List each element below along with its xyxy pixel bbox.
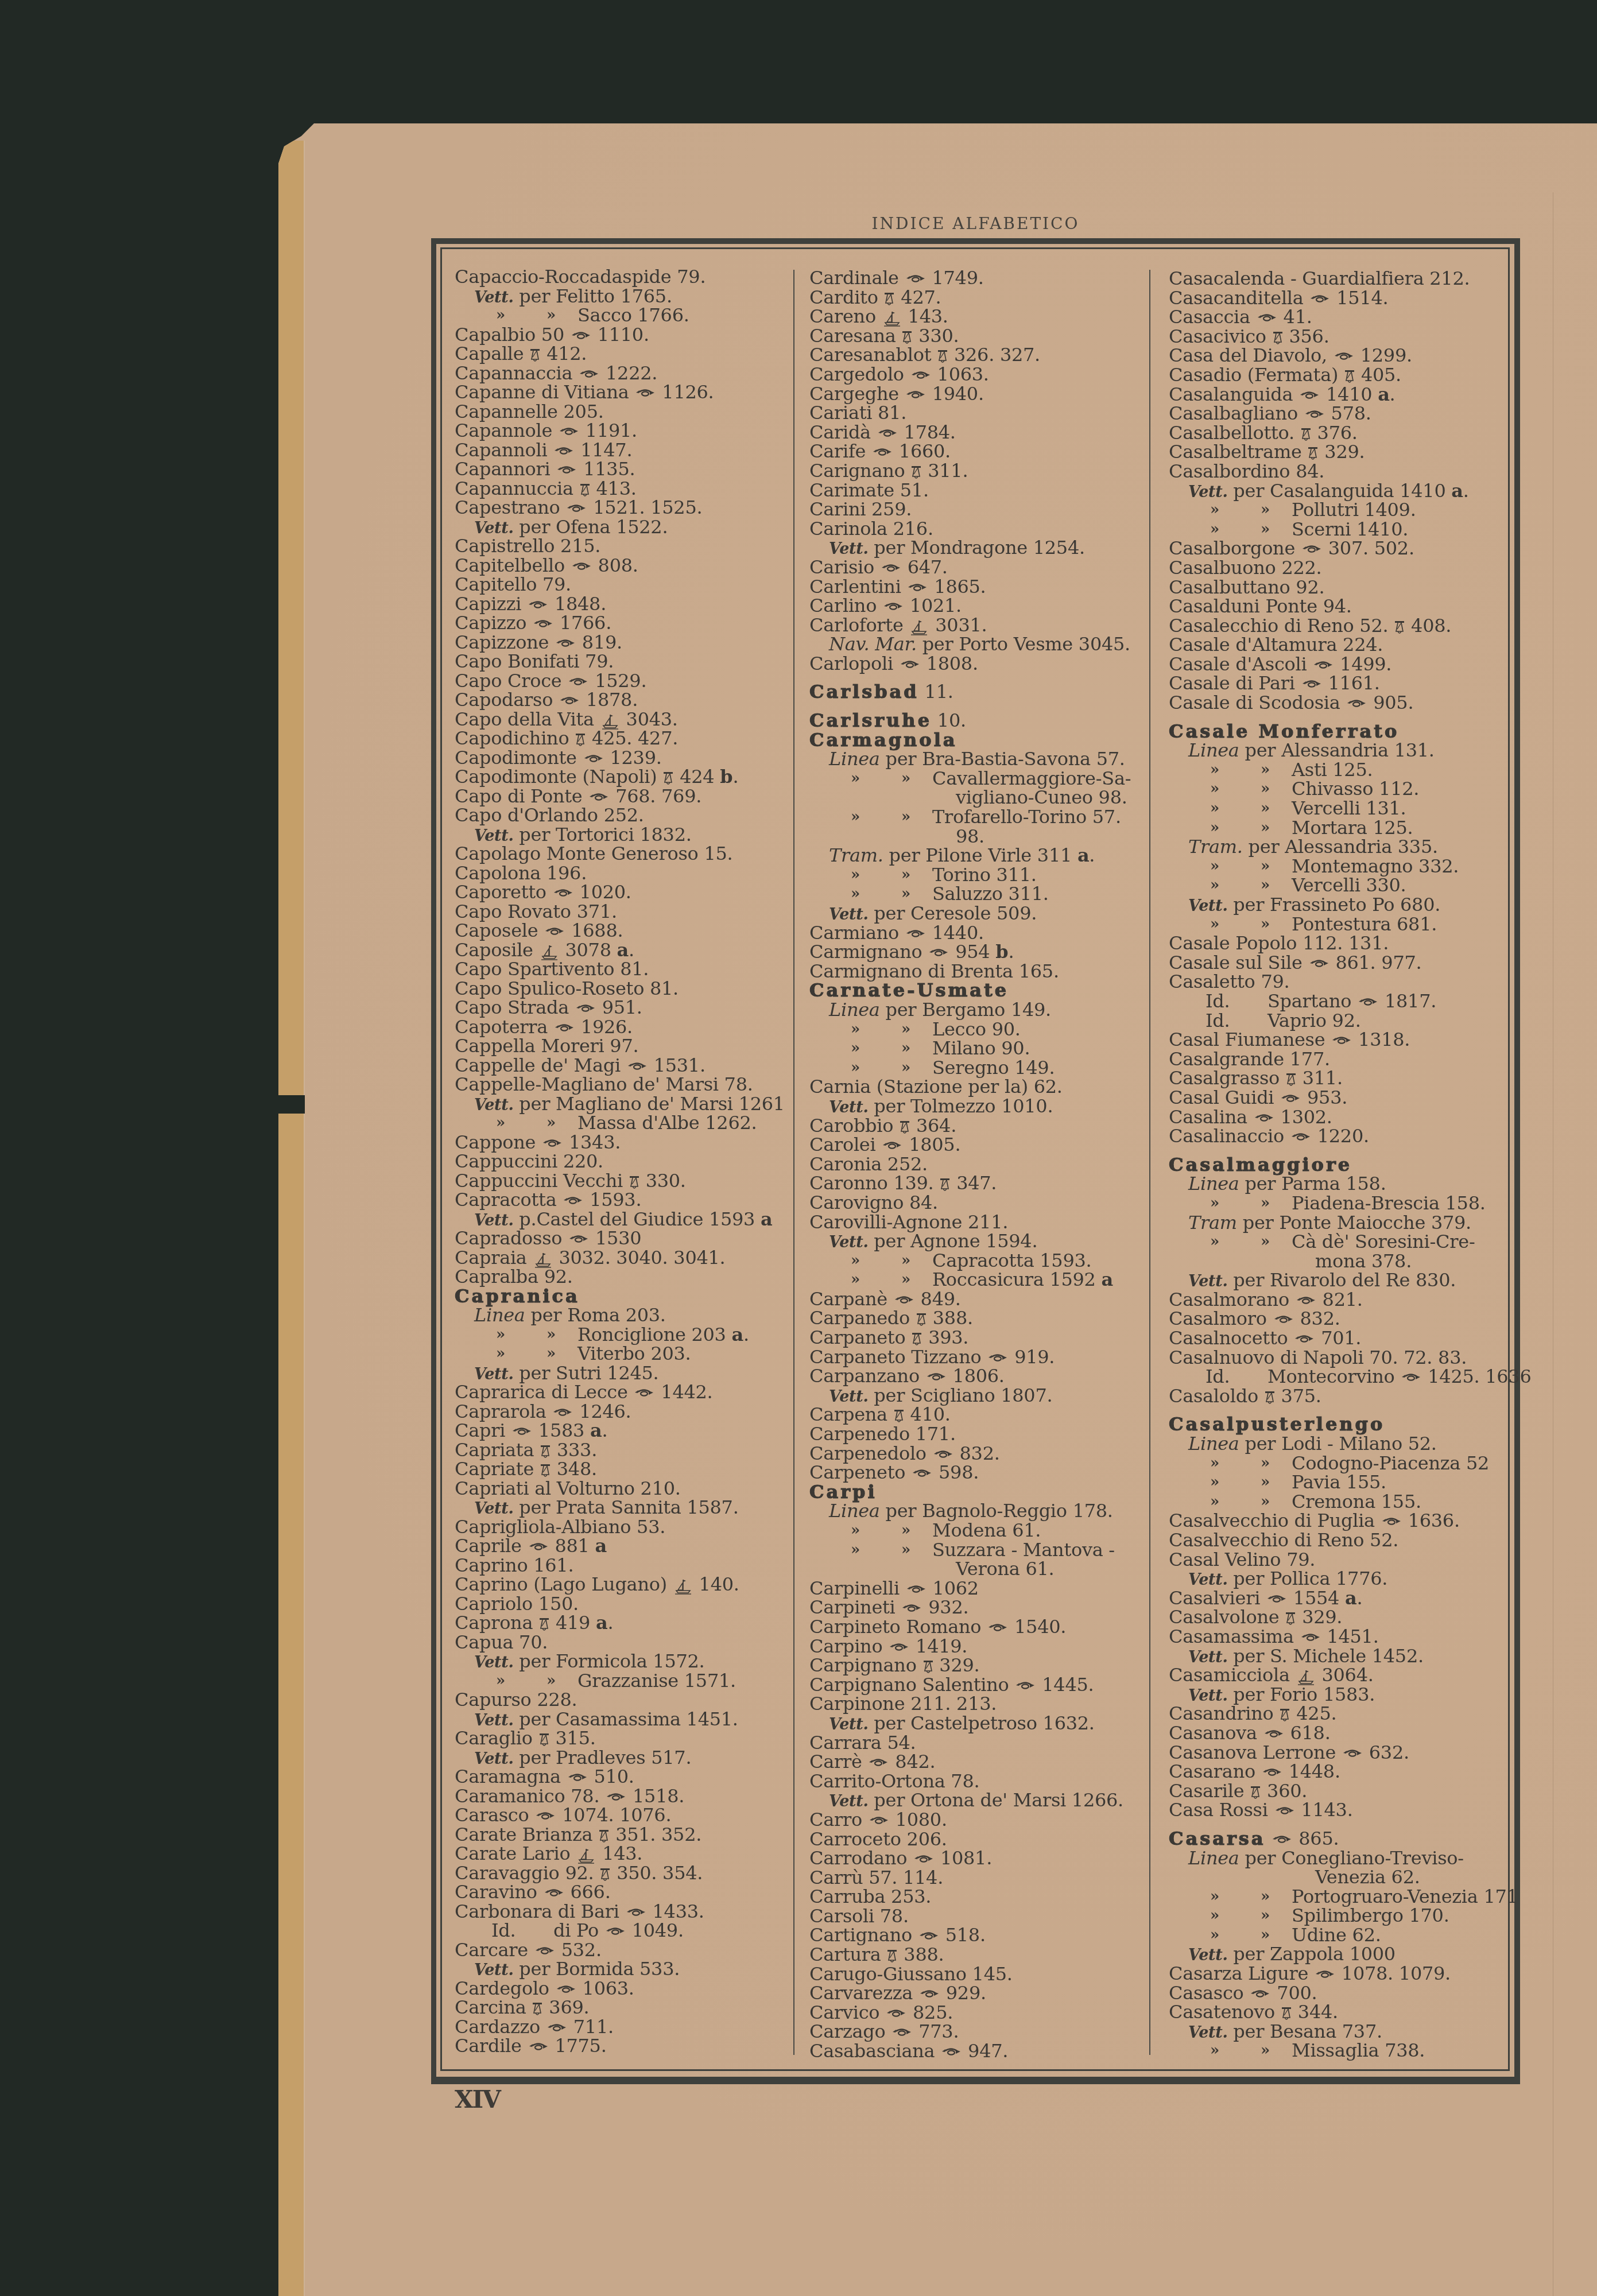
index-entry: Capitello 79.	[455, 575, 793, 595]
boat-icon	[1297, 1669, 1315, 1685]
index-entry: Capo Croce 1529.	[455, 672, 793, 691]
index-entry: Capo della Vita 3043.	[455, 710, 793, 730]
post-horn-icon	[579, 369, 599, 378]
ditto-mark: »	[1261, 1926, 1270, 1945]
vettura-label: Vett.	[474, 1712, 514, 1729]
index-ditto-entry: »»Seregno 149.	[809, 1058, 1148, 1078]
tramway-icon	[1286, 1073, 1296, 1088]
ditto-mark: »	[1261, 857, 1270, 876]
vettura-label: Vett.	[1188, 1687, 1228, 1705]
index-heading-entry: Casale Monferrato	[1169, 722, 1507, 742]
index-subentry: Vett. per Castelpetroso 1632.	[809, 1714, 1148, 1733]
index-entry: Carro 1080.	[809, 1810, 1148, 1830]
page-title: INDICE ALFABETICO	[431, 216, 1520, 232]
post-horn-icon	[606, 1792, 626, 1801]
index-entry: Capistrello 215.	[455, 537, 793, 556]
entry-text: Suzzara - Mantova -	[932, 1541, 1115, 1560]
index-entry: Casalgrande 177.	[1169, 1050, 1507, 1069]
vettura-label: Vett.	[474, 827, 514, 845]
suffix-letter: a	[1378, 383, 1389, 405]
index-ditto-entry: Id.Vaprio 92.	[1169, 1011, 1507, 1031]
index-entry: Capo Spulico-Roseto 81.	[455, 979, 793, 999]
post-horn-icon	[1334, 351, 1354, 360]
index-entry: Carignano 311.	[809, 461, 1148, 481]
index-subentry: Nav. Mar. per Porto Vesme 3045.	[809, 635, 1148, 654]
index-ditto-entry: »»Grazzanise 1571.	[455, 1671, 793, 1691]
station-heading: Carnate-Usmate	[809, 979, 1009, 1001]
index-entry: Capannuccia 413.	[455, 479, 793, 499]
index-column-3: Casacalenda - Guardialfiera 212.Casacand…	[1169, 269, 1507, 2061]
boat-icon	[577, 1848, 595, 1864]
index-subentry: Vett. per Sutri 1245.	[455, 1364, 793, 1383]
suffix-letter: a	[596, 1612, 607, 1634]
entry-text: Sacco 1766.	[577, 306, 689, 325]
index-subentry: Linea per Alessandria 131.	[1169, 741, 1507, 761]
index-subentry: Linea per Parma 158.	[1169, 1174, 1507, 1194]
post-horn-icon	[900, 660, 920, 669]
suffix-letter: a	[732, 1324, 743, 1345]
index-ditto-entry: »»Sacco 1766.	[455, 306, 793, 325]
ditto-mark: »	[1261, 799, 1270, 819]
post-horn-icon	[1264, 1729, 1284, 1738]
index-entry: Carrè 842.	[809, 1752, 1148, 1772]
entry-text: Udine 62.	[1292, 1926, 1381, 1945]
tramway-icon	[894, 1409, 904, 1424]
post-horn-icon	[529, 1542, 548, 1551]
entry-text: Portogruaro-Venezia 171	[1292, 1887, 1518, 1907]
post-horn-icon	[883, 602, 903, 611]
index-subentry: Linea per Lodi - Milano 52.	[1169, 1434, 1507, 1454]
post-horn-icon	[1296, 1296, 1316, 1305]
index-entry: Cappelle-Magliano de' Marsi 78.	[455, 1075, 793, 1095]
entry-text: Trofarello-Torino 57.	[932, 808, 1121, 827]
index-entry: Capannelle 205.	[455, 402, 793, 422]
entry-text: Cremona 155.	[1292, 1492, 1421, 1512]
index-heading-entry: Casalmaggiore	[1169, 1155, 1507, 1175]
index-entry: Capolona 196.	[455, 864, 793, 883]
vettura-label: Vett.	[474, 1500, 514, 1518]
post-horn-icon	[927, 1372, 946, 1381]
post-horn-icon	[556, 638, 575, 647]
index-entry: Capizzone 819.	[455, 633, 793, 653]
paper-edge	[278, 141, 305, 2296]
station-heading: Carpi	[809, 1481, 877, 1503]
index-entry: Carruba 253.	[809, 1887, 1148, 1907]
index-entry: Cartura 388.	[809, 1945, 1148, 1965]
post-horn-icon	[512, 1426, 532, 1436]
index-subentry: Vett. per Frassineto Po 680.	[1169, 895, 1507, 915]
index-entry: Capaccio-Roccadaspide 79.	[455, 267, 793, 287]
post-horn-icon	[869, 1758, 888, 1767]
vettura-label: Vett.	[1188, 897, 1228, 915]
service-type-label: Linea	[829, 1500, 880, 1522]
entry-text: Vercelli 131.	[1292, 799, 1406, 819]
index-ditto-entry: »»Roccasicura 1592 a	[809, 1270, 1148, 1290]
index-entry: Carpignano Salentino 1445.	[809, 1676, 1148, 1695]
index-subentry: Tram per Ponte Maiocche 379.	[1169, 1213, 1507, 1233]
post-horn-icon	[1302, 679, 1321, 688]
post-horn-icon	[1015, 1681, 1035, 1690]
entry-text: Scerni 1410.	[1292, 520, 1408, 540]
ditto-mark: »	[851, 1039, 860, 1058]
index-entry: Capo Rovato 371.	[455, 902, 793, 922]
index-subentry: Vett. per Mondragone 1254.	[809, 538, 1148, 558]
index-ditto-entry: »»Montemagno 332.	[1169, 857, 1507, 876]
post-horn-icon	[1281, 1093, 1300, 1103]
ditto-mark: »	[496, 1325, 505, 1345]
vettura-label: Vett.	[829, 1099, 869, 1116]
index-subentry: Vett. per Formicola 1572.	[455, 1652, 793, 1671]
ditto-mark: »	[1261, 1194, 1270, 1213]
post-horn-icon	[544, 1888, 564, 1897]
post-horn-icon	[536, 1811, 555, 1820]
index-entry: Capannole 1191.	[455, 421, 793, 441]
index-entry: Carugo-Giussano 145.	[809, 1965, 1148, 1984]
index-entry: Casalanguida 1410 a.	[1169, 385, 1507, 405]
index-entry: Casal Velino 79.	[1169, 1550, 1507, 1570]
index-entry: Carpaneto Tizzano 919.	[809, 1348, 1148, 1367]
post-horn-icon	[912, 1468, 932, 1477]
entry-text: di Po 1049.	[553, 1921, 684, 1941]
index-subentry: Linea per Bergamo 149.	[809, 1000, 1148, 1020]
entry-text: Saluzzo 311.	[932, 885, 1049, 904]
suffix-letter: a	[595, 1535, 606, 1557]
index-entry: Cappone 1343.	[455, 1133, 793, 1153]
entry-text: Spartano 1817.	[1267, 992, 1436, 1011]
tramway-icon	[539, 1733, 549, 1748]
index-ditto-entry: »»Modena 61.	[809, 1521, 1148, 1541]
index-subentry: Linea per Roma 203.	[455, 1306, 793, 1325]
ditto-mark: »	[1210, 857, 1219, 876]
service-type-label: Tram.	[1188, 836, 1243, 858]
ditto-mark: »	[901, 885, 910, 904]
post-horn-icon	[902, 1603, 921, 1612]
ditto-mark: »	[1210, 1887, 1219, 1907]
post-horn-icon	[929, 948, 948, 957]
post-horn-icon	[920, 1989, 939, 1998]
index-entry: Carpino 1419.	[809, 1637, 1148, 1657]
vettura-label: Vett.	[829, 540, 869, 558]
index-heading-entry: Carlsruhe 10.	[809, 711, 1148, 731]
ditto-mark: »	[496, 1344, 505, 1364]
entry-text: Roccasicura 1592 a	[932, 1270, 1113, 1290]
ditto-mark: »	[1210, 2041, 1219, 2061]
index-entry: Casandrino 425.	[1169, 1704, 1507, 1724]
index-entry: Carimate 51.	[809, 481, 1148, 501]
post-horn-icon	[584, 754, 603, 763]
vettura-label: Vett.	[474, 1654, 514, 1671]
index-entry: Caprigliola-Albiano 53.	[455, 1518, 793, 1537]
entry-text: Pavia 155.	[1292, 1473, 1386, 1492]
post-horn-icon	[988, 1353, 1007, 1362]
post-horn-icon	[881, 563, 901, 572]
index-entry: Caravaggio 92. 350. 354.	[455, 1864, 793, 1883]
ditto-mark: »	[1261, 1232, 1270, 1252]
suffix-letter: b	[995, 941, 1008, 963]
index-entry: Carlopoli 1808.	[809, 654, 1148, 674]
suffix-letter: a	[1077, 844, 1089, 866]
station-heading: Casalpusterlengo	[1169, 1413, 1385, 1435]
ditto-mark: »	[851, 1020, 860, 1040]
index-ditto-entry: Id.di Po 1049.	[455, 1921, 793, 1941]
index-entry: Casalnocetto 701.	[1169, 1329, 1507, 1348]
index-entry: Cardazzo 711.	[455, 2018, 793, 2037]
index-entry: Capannaccia 1222.	[455, 364, 793, 383]
index-entry: Capo Spartivento 81.	[455, 960, 793, 979]
index-subentry: Vett. per Casamassima 1451.	[455, 1710, 793, 1729]
index-subentry: Vett. per Felitto 1765.	[455, 287, 793, 307]
ditto-mark: »	[1261, 2041, 1270, 2061]
index-ditto-entry: »»Milano 90.	[809, 1039, 1148, 1058]
entry-text: Massa d'Albe 1262.	[577, 1114, 757, 1133]
idem-mark: Id.	[1205, 1367, 1230, 1387]
post-horn-icon	[555, 1023, 574, 1032]
ditto-mark: »	[1261, 761, 1270, 780]
index-ditto-entry: »»Pollutri 1409.	[1169, 501, 1507, 520]
entry-text: Missaglia 738.	[1292, 2041, 1425, 2061]
ditto-mark: »	[1210, 1492, 1219, 1512]
post-horn-icon	[1262, 1767, 1282, 1777]
index-entry: Carvico 825.	[809, 2003, 1148, 2023]
post-horn-icon	[1294, 1334, 1314, 1343]
index-ditto-entry: »»Mortara 125.	[1169, 819, 1507, 838]
ditto-mark: »	[1210, 520, 1219, 540]
tramway-icon	[1265, 1391, 1275, 1406]
vettura-label: Vett.	[1188, 2024, 1228, 2042]
index-ditto-entry: »»Ronciglione 203 a.	[455, 1325, 793, 1345]
index-entry: Carpinone 211. 213.	[809, 1694, 1148, 1714]
index-ditto-entry: »»Saluzzo 311.	[809, 885, 1148, 904]
post-horn-icon	[1291, 1132, 1311, 1141]
index-entry: Caronia 252.	[809, 1155, 1148, 1174]
index-column-2: Cardinale 1749.Cardito 427.Careno 143.Ca…	[809, 269, 1148, 2061]
index-entry: Carasco 1074. 1076.	[455, 1806, 793, 1825]
index-subentry: Vett. per Casalanguida 1410 a.	[1169, 482, 1507, 501]
post-horn-icon	[1305, 409, 1324, 418]
index-continuation: 98.	[809, 827, 1148, 847]
vettura-label: Vett.	[829, 1234, 869, 1251]
post-horn-icon	[560, 696, 579, 705]
post-horn-icon	[933, 1449, 953, 1459]
index-subentry: Vett. per Scigliano 1807.	[809, 1386, 1148, 1406]
index-entry: Carovilli-Agnone 211.	[809, 1213, 1148, 1232]
tramway-icon	[575, 733, 586, 748]
index-entry: Cappella Moreri 97.	[455, 1037, 793, 1056]
ditto-mark: »	[1210, 1926, 1219, 1945]
ditto-mark: »	[496, 306, 505, 325]
entry-text: Cavallermaggiore-Sa-	[932, 769, 1131, 789]
index-entry: Casale d'Ascoli 1499.	[1169, 655, 1507, 674]
index-ditto-entry: »»Torino 311.	[809, 866, 1148, 885]
entry-text: Spilimbergo 170.	[1292, 1906, 1449, 1926]
ditto-mark: »	[1210, 1194, 1219, 1213]
index-entry: Capriate 348.	[455, 1460, 793, 1479]
ditto-mark: »	[1261, 915, 1270, 934]
index-entry: Capradosso 1530	[455, 1229, 793, 1248]
index-entry: Cardito 427.	[809, 288, 1148, 308]
ditto-mark: »	[546, 306, 556, 325]
suffix-letter: a	[1345, 1587, 1356, 1609]
index-entry: Casalvecchio di Reno 52.	[1169, 1531, 1507, 1550]
post-horn-icon	[528, 600, 548, 609]
index-ditto-entry: »»Suzzara - Mantova -	[809, 1541, 1148, 1560]
index-entry: Careno 143.	[809, 307, 1148, 327]
index-subentry: Vett. per Ofena 1522.	[455, 518, 793, 537]
ditto-mark: »	[1210, 501, 1219, 520]
index-entry: Carsoli 78.	[809, 1907, 1148, 1926]
ditto-mark: »	[901, 769, 910, 789]
vettura-label: Vett.	[474, 1212, 514, 1230]
post-horn-icon	[1313, 660, 1333, 669]
index-entry: Caraglio 315.	[455, 1729, 793, 1748]
index-heading-entry: Carmagnola	[809, 731, 1148, 750]
entry-text: Montemagno 332.	[1292, 857, 1459, 876]
index-entry: Caramanico 78. 1518.	[455, 1787, 793, 1806]
post-horn-icon	[533, 619, 553, 628]
index-entry: Casalmoro 832.	[1169, 1309, 1507, 1329]
post-horn-icon	[908, 583, 927, 592]
index-entry: Carpineti 932.	[809, 1598, 1148, 1618]
index-ditto-entry: »»Missaglia 738.	[1169, 2041, 1507, 2061]
index-entry: Capo Strada 951.	[455, 998, 793, 1018]
tramway-icon	[1250, 1786, 1261, 1801]
vettura-label: Vett.	[829, 1388, 869, 1406]
index-entry: Casalvieri 1554 a.	[1169, 1589, 1507, 1608]
station-heading: Capranica	[455, 1285, 580, 1307]
index-entry: Casanova 618.	[1169, 1724, 1507, 1743]
index-ditto-entry: »»Asti 125.	[1169, 761, 1507, 780]
post-horn-icon	[1267, 1594, 1286, 1603]
idem-mark: Id.	[491, 1921, 515, 1941]
post-horn-icon	[554, 446, 573, 455]
index-entry: Carife 1660.	[809, 442, 1148, 461]
tramway-icon	[937, 350, 948, 364]
index-entry: Carrito-Ortona 78.	[809, 1772, 1148, 1791]
index-ditto-entry: »»Capracotta 1593.	[809, 1251, 1148, 1271]
vettura-label: Vett.	[474, 1366, 514, 1383]
index-entry: Carpanè 849.	[809, 1290, 1148, 1309]
index-entry: Casacanditella 1514.	[1169, 289, 1507, 308]
index-entry: Caresana 330.	[809, 327, 1148, 346]
index-entry: Capurso 228.	[455, 1690, 793, 1710]
index-entry: Capua 70.	[455, 1633, 793, 1653]
post-horn-icon	[627, 1061, 647, 1071]
index-ditto-entry: »»Lecco 90.	[809, 1020, 1148, 1040]
post-horn-icon	[1347, 699, 1366, 708]
index-entry: Capizzi 1848.	[455, 595, 793, 614]
entry-text: Torino 311.	[932, 866, 1037, 885]
ditto-mark: »	[1210, 1473, 1219, 1492]
vettura-label: Vett.	[1188, 1273, 1228, 1290]
index-ditto-entry: Id.Spartano 1817.	[1169, 992, 1507, 1011]
index-entry: Casaletto 79.	[1169, 972, 1507, 992]
index-entry: Cardinale 1749.	[809, 269, 1148, 288]
ditto-mark: »	[546, 1344, 556, 1364]
index-subentry: Vett. per Bormida 533.	[455, 1960, 793, 1979]
post-horn-icon	[919, 1931, 939, 1940]
index-entry: Carinola 216.	[809, 519, 1148, 539]
tramway-icon	[539, 1618, 549, 1632]
index-subentry: Vett. per Agnone 1594.	[809, 1232, 1148, 1251]
column-divider	[1149, 270, 1150, 2055]
index-ditto-entry: »»Vercelli 131.	[1169, 799, 1507, 819]
ditto-mark: »	[1261, 819, 1270, 838]
index-entry: Carrara 54.	[809, 1733, 1148, 1753]
service-type-label: Linea	[829, 999, 880, 1021]
vettura-label: Vett.	[829, 1716, 869, 1733]
index-entry: Casanova Lerrone 632.	[1169, 1743, 1507, 1763]
ditto-mark: »	[1261, 1492, 1270, 1512]
tramway-icon	[887, 1949, 897, 1964]
index-entry: Casalvecchio di Puglia 1636.	[1169, 1511, 1507, 1531]
station-heading: Casale Monferrato	[1169, 720, 1399, 742]
post-horn-icon	[606, 1926, 625, 1936]
tramway-icon	[1301, 428, 1311, 443]
index-entry: Casamicciola 3064.	[1169, 1666, 1507, 1685]
post-horn-icon	[988, 1623, 1007, 1632]
entry-text: Mortara 125.	[1292, 819, 1413, 838]
vettura-label: Vett.	[474, 289, 514, 307]
tramway-icon	[884, 292, 894, 307]
index-heading-entry: Casarsa 865.	[1169, 1829, 1507, 1849]
post-horn-icon	[556, 1984, 576, 1994]
post-horn-icon	[1332, 1035, 1351, 1045]
index-entry: Capralba 92.	[455, 1267, 793, 1287]
index-entry: Carpignano 329.	[809, 1656, 1148, 1676]
ditto-mark: »	[851, 1541, 860, 1560]
ditto-mark: »	[851, 885, 860, 904]
index-entry: Carroceto 206.	[809, 1830, 1148, 1849]
index-entry: Casa Rossi 1143.	[1169, 1801, 1507, 1820]
index-ditto-entry: »»Spilimbergo 170.	[1169, 1906, 1507, 1926]
index-continuation: Verona 61.	[809, 1560, 1148, 1579]
post-horn-icon	[1272, 1835, 1292, 1844]
index-entry: Casalinaccio 1220.	[1169, 1127, 1507, 1146]
index-entry: Casalina 1302.	[1169, 1108, 1507, 1127]
index-entry: Cartignano 518.	[809, 1926, 1148, 1945]
index-entry: Capestrano 1521. 1525.	[455, 498, 793, 518]
index-entry: Casadio (Fermata) 405.	[1169, 366, 1507, 385]
tramway-icon	[1308, 447, 1318, 461]
index-entry: Capo d'Orlando 252.	[455, 806, 793, 825]
index-entry: Casatenovo 344.	[1169, 2003, 1507, 2022]
ditto-mark: »	[546, 1114, 556, 1133]
ditto-mark: »	[1210, 761, 1219, 780]
ditto-mark: »	[496, 1114, 505, 1133]
post-horn-icon	[873, 447, 892, 456]
station-heading: Carmagnola	[809, 729, 958, 751]
ditto-mark: »	[1210, 779, 1219, 799]
index-entry: Capraia 3032. 3040. 3041.	[455, 1248, 793, 1268]
vettura-label: Vett.	[1188, 1946, 1228, 1964]
index-entry: Casalbeltrame 329.	[1169, 443, 1507, 462]
tramway-icon	[1280, 1708, 1290, 1723]
index-entry: Capodichino 425. 427.	[455, 729, 793, 748]
tramway-icon	[900, 1120, 910, 1135]
ditto-mark: »	[901, 1039, 910, 1058]
index-entry: Carmignano di Brenta 165.	[809, 962, 1148, 982]
index-entry: Casalborgone 307. 502.	[1169, 539, 1507, 559]
page-number: XIV	[455, 2088, 500, 2112]
post-horn-icon	[886, 2008, 906, 2018]
index-entry: Casalbagliano 578.	[1169, 404, 1507, 424]
index-entry: Carmiano 1440.	[809, 924, 1148, 943]
index-entry: Carnia (Stazione per la) 62.	[809, 1077, 1148, 1097]
post-horn-icon	[529, 2042, 548, 2051]
index-entry: Caramagna 510.	[455, 1767, 793, 1787]
index-entry: Carisio 647.	[809, 558, 1148, 577]
ditto-mark: »	[1261, 1887, 1270, 1907]
